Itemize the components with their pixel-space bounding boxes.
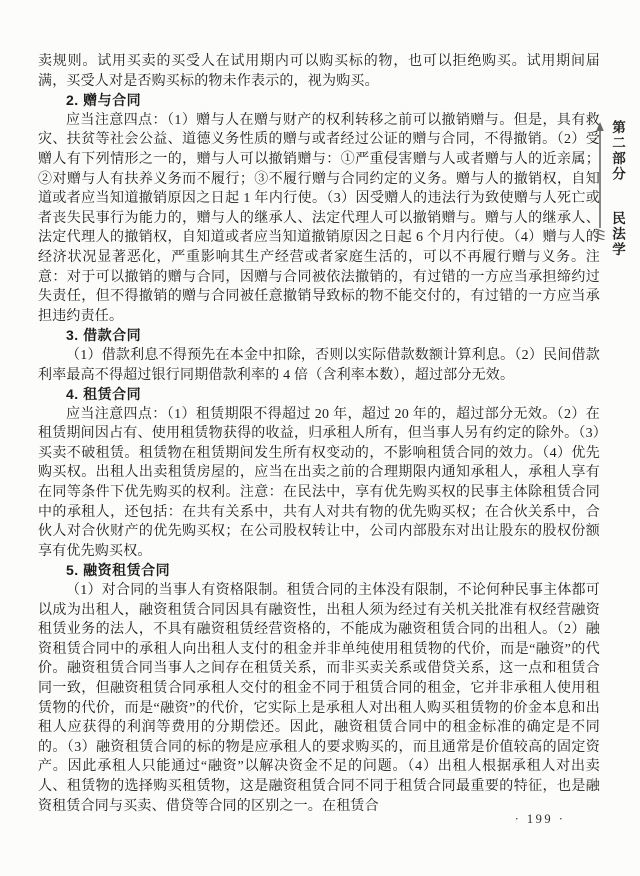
- paragraph-lease-contract: 应当注意四点：（1）租赁期限不得超过 20 年，超过 20 年的，超过部分无效。…: [38, 405, 600, 562]
- heading-finance-lease-contract: 5. 融资租赁合同: [38, 561, 600, 581]
- chapter-tab-text: 第二部分 民法学: [609, 120, 624, 258]
- paragraph-trial-sale-continuation: 卖规则。试用买卖的买受人在试用期内可以购买标的物，也可以拒绝购买。试用期间届满，…: [38, 52, 600, 91]
- subject-label: 民法学: [610, 211, 625, 258]
- chapter-tab-arrow-icon: [595, 122, 605, 240]
- paragraph-finance-lease-contract: （1）对合同的当事人有资格限制。租赁合同的主体没有限制，不论何种民事主体都可以成…: [38, 581, 600, 816]
- page-number: · 199 ·: [503, 812, 577, 827]
- paragraph-loan-contract: （1）借款利息不得预先在本金中扣除，否则以实际借款数额计算利息。（2）民间借款利…: [38, 346, 600, 385]
- heading-loan-contract: 3. 借款合同: [38, 326, 600, 346]
- book-page: 卖规则。试用买卖的买受人在试用期内可以购买标的物，也可以拒绝购买。试用期间届满，…: [0, 0, 640, 876]
- page-body-text: 卖规则。试用买卖的买受人在试用期内可以购买标的物，也可以拒绝购买。试用期间届满，…: [38, 52, 600, 816]
- heading-lease-contract: 4. 租赁合同: [38, 385, 600, 405]
- part-label: 第二部分: [610, 120, 625, 182]
- chapter-edge-tab: 第二部分 民法学: [595, 120, 624, 258]
- paragraph-gift-contract: 应当注意四点：（1）赠与人在赠与财产的权利转移之前可以撤销赠与。但是，具有救灾、…: [38, 111, 600, 327]
- heading-gift-contract: 2. 赠与合同: [38, 91, 600, 111]
